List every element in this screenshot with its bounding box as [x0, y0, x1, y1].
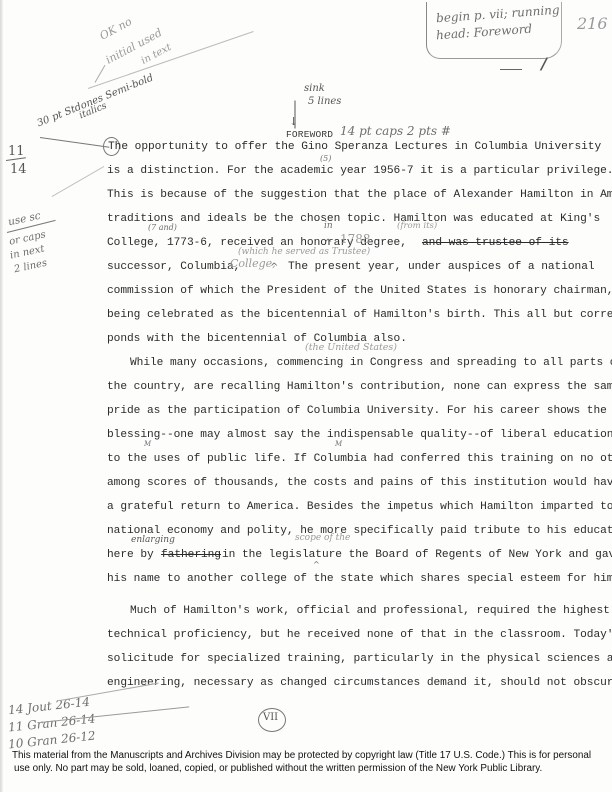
caret-mark: ^ — [270, 262, 278, 273]
body-line-2: is a distinction. For the academic year … — [107, 164, 612, 178]
year-insert: (5) — [320, 155, 331, 163]
body-line-13: blessing--one may almost say the indispe… — [107, 428, 612, 442]
body-line-16: a grateful return to America. Besides th… — [107, 500, 612, 514]
body-line-10: While many occasions, commencing in Cong… — [130, 356, 612, 370]
copyright-notice: This material from the Manuscripts and A… — [0, 749, 612, 775]
line18-insert-scope: scope of the — [295, 534, 350, 543]
body-line-6: successor, Columbia, — [107, 260, 240, 274]
sink-note-line1: sink — [304, 84, 325, 94]
caret-mark: ^ — [313, 560, 320, 569]
body-line-7: commission of which the President of the… — [107, 284, 612, 298]
body-line-3: This is because of the suggestion that t… — [107, 188, 612, 202]
body-line-6-rest: The present year, under auspices of a na… — [288, 260, 595, 274]
page-number: 216 — [577, 16, 608, 32]
scan-edge — [0, 0, 3, 792]
body-line-23: engineering, necessary as changed circum… — [107, 676, 612, 690]
body-line-19: his name to another college of the state… — [107, 572, 612, 586]
margin-number-bottom: 14 — [10, 163, 27, 176]
line5-struck-text: and was trustee of its — [422, 236, 569, 250]
line6-insert-above: (which he served as Trustee) — [238, 248, 370, 257]
line6-insert-college: College, — [230, 258, 276, 269]
line5-insert-year: 1788 — [340, 233, 371, 245]
copyright-line-1: This material from the Manuscripts and A… — [12, 749, 612, 762]
pencil-bracket — [95, 65, 106, 83]
body-line-14: to the uses of public life. If Columbia … — [107, 452, 612, 466]
line10-insert: (the United States) — [305, 343, 397, 353]
margin-number-top: 11 — [8, 145, 25, 158]
line5-insert-in: in — [324, 222, 333, 231]
body-line-22: solicitude for specialized training, par… — [107, 652, 612, 666]
body-line-1: The opportunity to offer the Gino Speran… — [108, 140, 601, 154]
line18-insert-enlarging: enlarging — [131, 536, 175, 545]
font-spec-line — [40, 137, 109, 148]
body-line-12: pride as the participation of Columbia U… — [107, 404, 607, 418]
line5-insert-left: (7 and) — [148, 224, 177, 232]
body-line-21: technical proficiency, but he received n… — [107, 628, 612, 642]
body-line-4: traditions and ideals be the chosen topi… — [107, 212, 600, 226]
margin-note-line4: 2 lines — [13, 259, 48, 276]
body-line-15: among scores of thousands, the costs and… — [107, 476, 612, 490]
body-line-11: the country, are recalling Hamilton's co… — [107, 380, 612, 394]
manuscript-page: begin p. vii; running head: Foreword 216… — [0, 0, 612, 792]
line18-struck-text: fathering — [161, 548, 221, 562]
body-line-20: Much of Hamilton's work, official and pr… — [130, 604, 610, 618]
folio-number: VII — [263, 713, 278, 723]
em-dash-mark: M — [144, 441, 151, 448]
sink-arrow-head: ↓ — [289, 116, 298, 127]
body-line-17: national economy and polity, he more spe… — [107, 524, 612, 538]
body-line-18: here by — [107, 548, 154, 562]
margin-diagonal-stroke — [52, 166, 104, 197]
top-left-note-line1: OK no — [98, 16, 134, 42]
page-heading: FOREWORD — [286, 129, 333, 140]
dash-mark — [500, 69, 522, 70]
em-dash-mark: M — [335, 441, 342, 448]
sink-note-line2: 5 lines — [308, 97, 341, 107]
heading-spec-note: 14 pt caps 2 pts # — [340, 125, 451, 137]
line5-insert-from: (from its) — [397, 222, 437, 231]
check-mark: / — [541, 56, 547, 72]
body-line-8: being celebrated as the bicentennial of … — [107, 308, 612, 322]
body-line-18-rest: in the legislature the Board of Regents … — [222, 548, 612, 562]
copyright-line-2: use only. No part may be sold, loaned, c… — [12, 762, 612, 775]
